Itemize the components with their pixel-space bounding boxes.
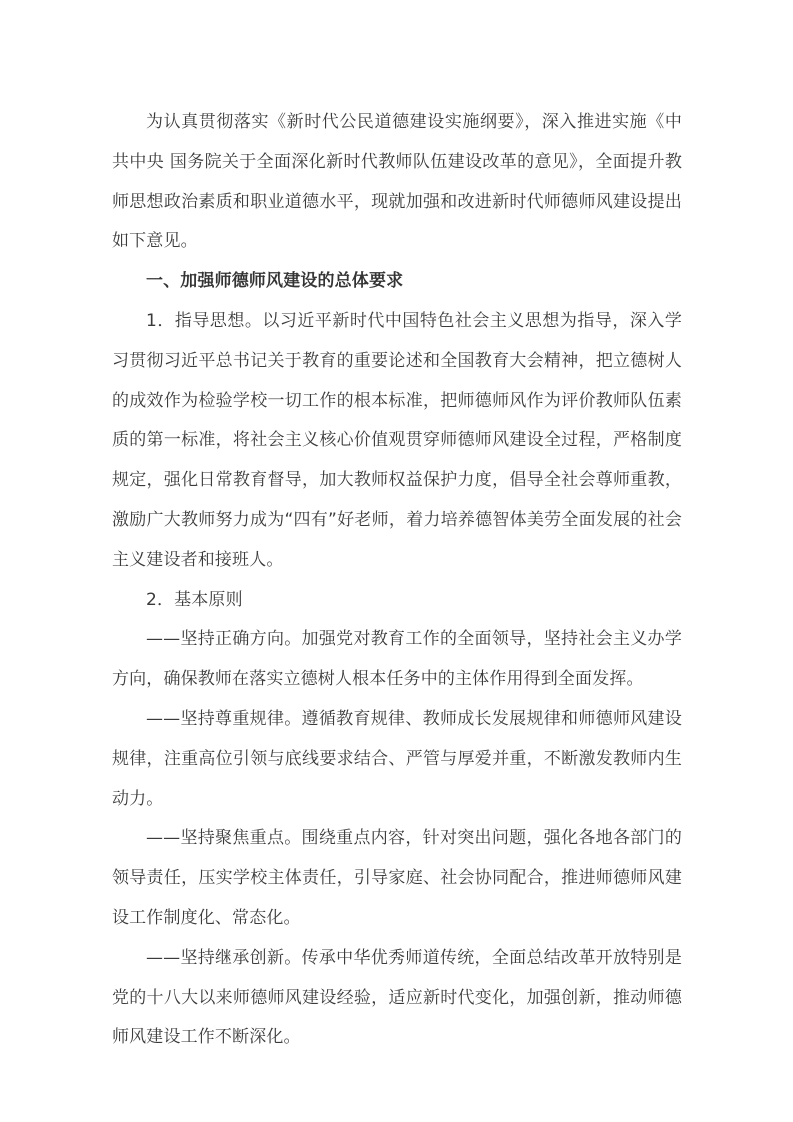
basic-principles-subheading: 2．基本原则 [112, 581, 682, 621]
guiding-ideology-paragraph: 1．指导思想。以习近平新时代中国特色社会主义思想为指导，深入学习贯彻习近平总书记… [112, 302, 682, 581]
section-heading-general-requirements: 一、加强师德师风建设的总体要求 [112, 262, 682, 302]
document-page: 为认真贯彻落实《新时代公民道德建设实施纲要》，深入推进实施《中共中央 国务院关于… [112, 103, 682, 1058]
principle-focus-priorities-paragraph: ——坚持聚焦重点。围绕重点内容，针对突出问题，强化各地各部门的领导责任，压实学校… [112, 819, 682, 938]
intro-paragraph: 为认真贯彻落实《新时代公民道德建设实施纲要》，深入推进实施《中共中央 国务院关于… [112, 103, 682, 262]
principle-inherit-innovate-paragraph: ——坚持继承创新。传承中华优秀师道传统，全面总结改革开放特别是党的十八大以来师德… [112, 939, 682, 1058]
principle-respect-laws-paragraph: ——坚持尊重规律。遵循教育规律、教师成长发展规律和师德师风建设规律，注重高位引领… [112, 700, 682, 819]
principle-correct-direction-paragraph: ——坚持正确方向。加强党对教育工作的全面领导，坚持社会主义办学方向，确保教师在落… [112, 620, 682, 700]
